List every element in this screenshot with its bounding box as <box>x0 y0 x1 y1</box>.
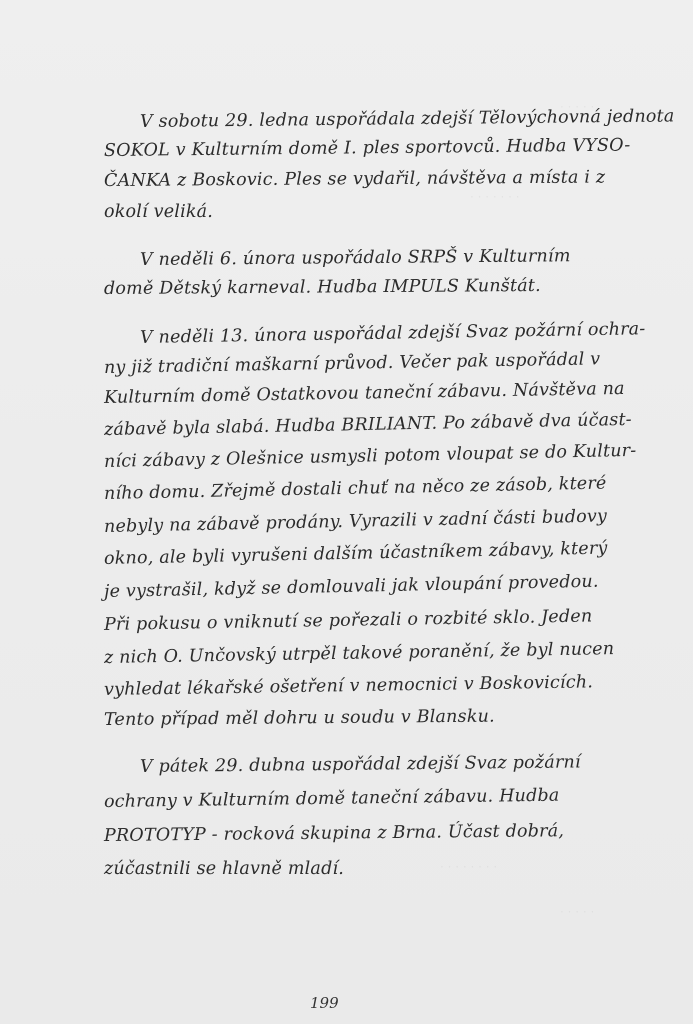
document-page: · · · · · · · · · · · · · · · · · · · · … <box>0 0 693 1024</box>
text-line: Při pokusu o vniknutí se pořezali o rozb… <box>104 606 593 635</box>
text-line: V neděli 13. února uspořádal zdejší Svaz… <box>140 319 646 348</box>
text-line: SOKOL v Kulturním domě I. ples sportovců… <box>104 135 631 161</box>
text-line: ČANKA z Boskovic. Ples se vydařil, návšt… <box>104 168 605 191</box>
text-line: nebyly na zábavě prodány. Vyrazili v zad… <box>104 506 607 537</box>
bleed-through-text: · · · · · <box>560 905 594 919</box>
text-line: níci zábavy z Olešnice usmysli potom vlo… <box>104 441 637 472</box>
text-line: Tento případ měl dohru u soudu v Blansku… <box>104 707 495 730</box>
text-line: je vystrašil, když se domlouvali jak vlo… <box>104 572 599 602</box>
text-line: Kulturním domě Ostatkovou taneční zábavu… <box>104 379 625 408</box>
text-line: V neděli 6. února uspořádalo SRPŠ v Kult… <box>140 246 571 270</box>
page-number: 199 <box>310 994 339 1012</box>
text-line: domě Dětský karneval. Hudba IMPULS Kunšt… <box>104 276 541 299</box>
text-line: ního domu. Zřejmě dostali chuť na něco z… <box>104 473 607 504</box>
text-line: zúčastnili se hlavně mladí. <box>104 859 344 879</box>
text-line: V sobotu 29. ledna uspořádala zdejší Těl… <box>140 106 675 132</box>
text-line: PROTOTYP - rocková skupina z Brna. Účast… <box>104 821 564 846</box>
bleed-through-text: · · · · · · · · <box>440 860 497 874</box>
text-line: okolí veliká. <box>104 202 213 222</box>
text-line: okno, ale byli vyrušeni dalším účastníke… <box>104 538 608 569</box>
text-line: V pátek 29. dubna uspořádal zdejší Svaz … <box>140 752 581 777</box>
text-line: ochrany v Kulturním domě taneční zábavu.… <box>104 786 560 812</box>
text-line: vyhledat lékařské ošetření v nemocnici v… <box>104 672 593 700</box>
text-line: ny již tradiční maškarní průvod. Večer p… <box>104 349 601 378</box>
text-line: z nich O. Unčovský utrpěl takové poraněn… <box>104 639 615 668</box>
text-line: zábavě byla slabá. Hudba BRILIANT. Po zá… <box>104 410 632 440</box>
bleed-through-text: · · · · · · · <box>470 190 520 204</box>
